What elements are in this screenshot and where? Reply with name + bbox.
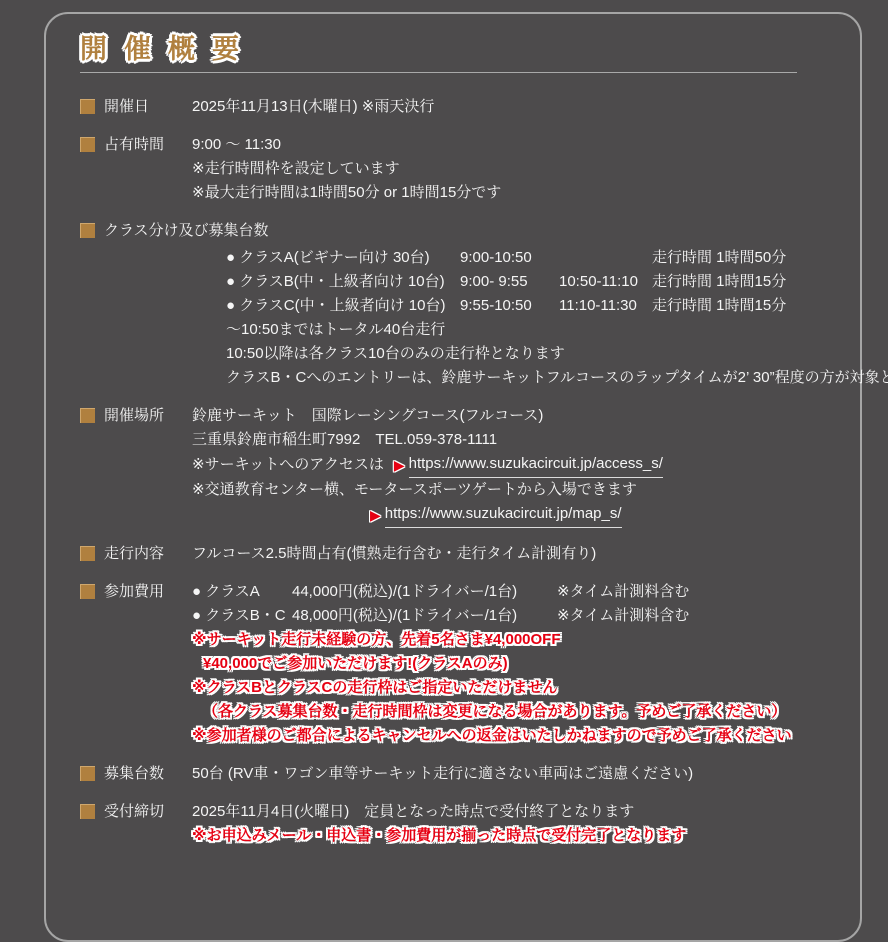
event-date-label: 開催日 <box>104 95 149 119</box>
fee-price: 44,000円(税込)/(1ドライバー/1台) <box>292 580 557 604</box>
class-duration: 走行時間 1時間15分 <box>652 294 840 318</box>
link-arrow-icon: ▶ <box>370 503 381 527</box>
venue-access-line: ※サーキットへのアクセスは ▶ https://www.suzukacircui… <box>192 452 840 478</box>
event-date-header: 開催日 <box>80 95 192 119</box>
class-duration: 走行時間 1時間50分 <box>652 246 840 270</box>
access-link[interactable]: https://www.suzukacircuit.jp/access_s/ <box>409 452 663 478</box>
fee-alert: ※クラスBとクラスCの走行枠はご指定いただけません <box>192 676 840 700</box>
square-bullet-icon <box>80 137 95 152</box>
event-date-value: 2025年11月13日(木曜日) ※雨天決行 <box>192 95 840 119</box>
map-link[interactable]: https://www.suzukacircuit.jp/map_s/ <box>385 502 622 528</box>
occupancy-time-note: ※最大走行時間は1時間50分 or 1時間15分です <box>192 181 840 205</box>
event-overview-panel: 開催概要 開催日 2025年11月13日(木曜日) ※雨天決行 占有時間 9:0… <box>44 12 862 848</box>
venue-access-note: ※サーキットへのアクセスは <box>192 453 384 477</box>
section-capacity: 募集台数 50台 (RV車・ワゴン車等サーキット走行に適さない車両はご遠慮くださ… <box>80 762 840 786</box>
link-arrow-icon: ▶ <box>394 453 405 477</box>
deadline-label: 受付締切 <box>104 800 164 824</box>
capacity-header: 募集台数 <box>80 762 192 786</box>
section-entry-fee: 参加費用 ● クラスA 44,000円(税込)/(1ドライバー/1台) ※タイム… <box>80 580 840 748</box>
page-title: 開催概要 <box>80 32 840 66</box>
deadline-header: 受付締切 <box>80 800 192 824</box>
class-slot1: 9:00-10:50 <box>460 246 559 270</box>
venue-map-line: ▶ https://www.suzukacircuit.jp/map_s/ <box>370 502 840 528</box>
class-slot2 <box>559 246 652 270</box>
venue-name: 鈴鹿サーキット 国際レーシングコース(フルコース) <box>192 404 840 428</box>
square-bullet-icon <box>80 766 95 781</box>
fee-note: ※タイム計測料含む <box>557 580 840 604</box>
square-bullet-icon <box>80 99 95 114</box>
occupancy-time-range: 9:00 ～ 11:30 <box>192 133 840 157</box>
square-bullet-icon <box>80 223 95 238</box>
panel-content: 開催概要 開催日 2025年11月13日(木曜日) ※雨天決行 占有時間 9:0… <box>46 14 860 848</box>
class-table-row: ● クラスB(中・上級者向け 10台) 9:00- 9:55 10:50-11:… <box>226 270 840 294</box>
deadline-alert: ※お申込みメール・申込書・参加費用が揃った時点で受付完了となります <box>192 824 840 848</box>
class-name: ● クラスC(中・上級者向け 10台) <box>226 294 460 318</box>
class-division-header: クラス分け及び募集台数 <box>80 219 192 243</box>
class-table-row: ● クラスA(ビギナー向け 30台) 9:00-10:50 走行時間 1時間50… <box>226 246 840 270</box>
entry-fee-header: 参加費用 <box>80 580 192 604</box>
occupancy-time-note: ※走行時間枠を設定しています <box>192 157 840 181</box>
fee-note: ※タイム計測料含む <box>557 604 840 628</box>
class-name: ● クラスB(中・上級者向け 10台) <box>226 270 460 294</box>
venue-header: 開催場所 <box>80 404 192 428</box>
section-event-date: 開催日 2025年11月13日(木曜日) ※雨天決行 <box>80 95 840 119</box>
class-duration: 走行時間 1時間15分 <box>652 270 840 294</box>
fee-price: 48,000円(税込)/(1ドライバー/1台) <box>292 604 557 628</box>
driving-content-label: 走行内容 <box>104 542 164 566</box>
fee-row: ● クラスA 44,000円(税込)/(1ドライバー/1台) ※タイム計測料含む <box>192 580 840 604</box>
deadline-value: 2025年11月4日(火曜日) 定員となった時点で受付終了となります <box>192 800 840 824</box>
fee-class-name: ● クラスB・C <box>192 604 292 628</box>
section-venue: 開催場所 鈴鹿サーキット 国際レーシングコース(フルコース) 三重県鈴鹿市稲生町… <box>80 404 840 528</box>
section-driving-content: 走行内容 フルコース2.5時間占有(慣熟走行含む・走行タイム計測有り) <box>80 542 840 566</box>
square-bullet-icon <box>80 408 95 423</box>
class-division-label: クラス分け及び募集台数 <box>104 219 269 243</box>
class-slot2: 10:50-11:10 <box>559 270 652 294</box>
entry-fee-label: 参加費用 <box>104 580 164 604</box>
class-table-row: ● クラスC(中・上級者向け 10台) 9:55-10:50 11:10-11:… <box>226 294 840 318</box>
section-class-division: クラス分け及び募集台数 <box>80 219 840 243</box>
fee-row: ● クラスB・C 48,000円(税込)/(1ドライバー/1台) ※タイム計測料… <box>192 604 840 628</box>
fee-alert: ¥40,000でご参加いただけます!(クラスAのみ) <box>192 652 840 676</box>
class-slot2: 11:10-11:30 <box>559 294 652 318</box>
fee-alert: ※参加者様のご都合によるキャンセルへの返金はいたしかねますので予めご了承ください <box>192 724 840 748</box>
section-occupancy-time: 占有時間 9:00 ～ 11:30 ※走行時間枠を設定しています ※最大走行時間… <box>80 133 840 205</box>
square-bullet-icon <box>80 804 95 819</box>
class-name: ● クラスA(ビギナー向け 30台) <box>226 246 460 270</box>
capacity-value: 50台 (RV車・ワゴン車等サーキット走行に適さない車両はご遠慮ください) <box>192 762 840 786</box>
square-bullet-icon <box>80 584 95 599</box>
section-deadline: 受付締切 2025年11月4日(火曜日) 定員となった時点で受付終了となります … <box>80 800 840 848</box>
occupancy-time-label: 占有時間 <box>104 133 164 157</box>
driving-content-header: 走行内容 <box>80 542 192 566</box>
class-note: クラスB・Cへのエントリーは、鈴鹿サーキットフルコースのラップタイムが2’ 30… <box>226 366 840 390</box>
venue-gate-note: ※交通教育センター横、モータースポーツゲートから入場できます <box>192 478 840 502</box>
occupancy-time-header: 占有時間 <box>80 133 192 157</box>
class-slot1: 9:55-10:50 <box>460 294 559 318</box>
square-bullet-icon <box>80 546 95 561</box>
venue-label: 開催場所 <box>104 404 164 428</box>
venue-address: 三重県鈴鹿市稲生町7992 TEL.059-378-1111 <box>192 428 840 452</box>
driving-content-value: フルコース2.5時間占有(慣熟走行含む・走行タイム計測有り) <box>192 542 840 566</box>
title-divider <box>80 72 797 73</box>
fee-alert: （各クラス募集台数・走行時間枠は変更になる場合があります。予めご了承ください） <box>192 700 840 724</box>
fee-alert: ※サーキット走行未経験の方、先着5名さま¥4,000OFF <box>192 628 840 652</box>
fee-class-name: ● クラスA <box>192 580 292 604</box>
class-note: 10:50以降は各クラス10台のみの走行枠となります <box>226 342 840 366</box>
capacity-label: 募集台数 <box>104 762 164 786</box>
class-note: ～10:50まではトータル40台走行 <box>226 318 840 342</box>
class-slot1: 9:00- 9:55 <box>460 270 559 294</box>
class-table: ● クラスA(ビギナー向け 30台) 9:00-10:50 走行時間 1時間50… <box>226 246 840 390</box>
